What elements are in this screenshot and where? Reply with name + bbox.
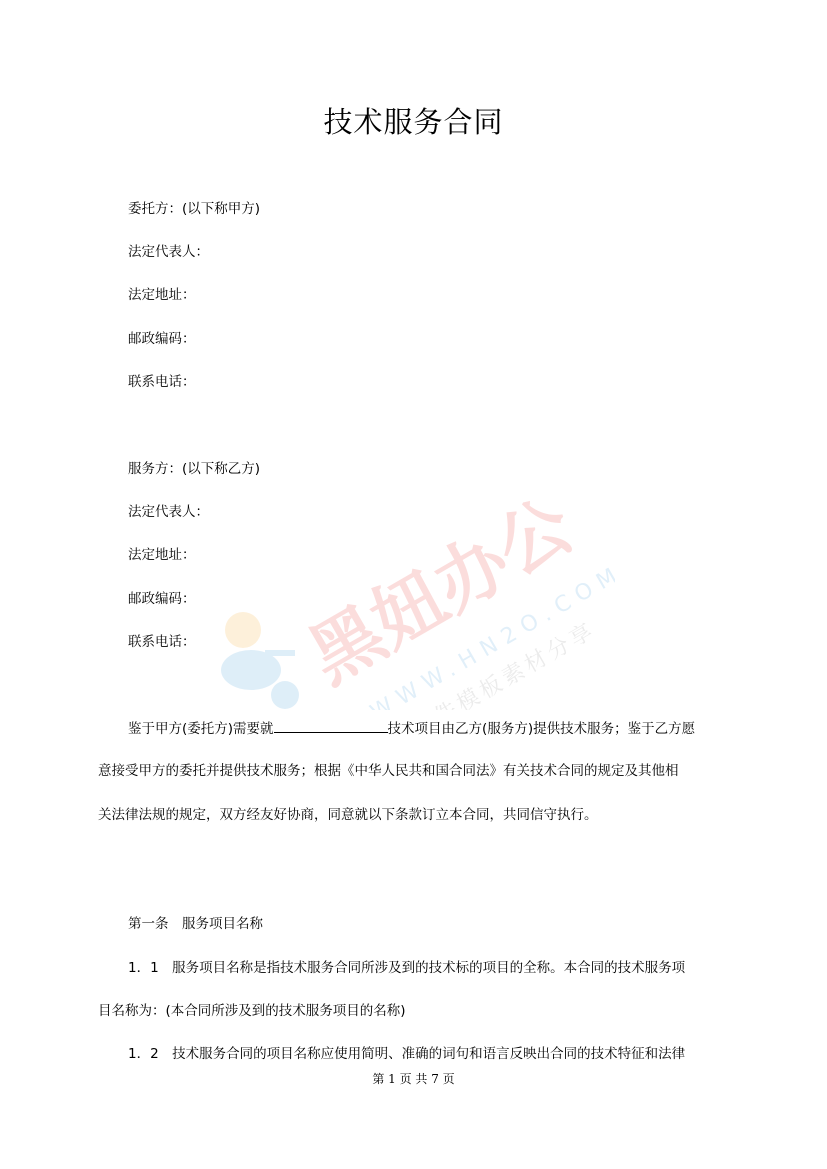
svg-text:黑妞办公: 黑妞办公: [295, 483, 586, 700]
preamble-text-after-blank: 技术项目由乙方(服务方)提供技术服务；鉴于乙方愿: [388, 721, 696, 737]
page-footer: 第 1 页 共 7 页: [0, 1070, 827, 1087]
party-b-heading: 服务方：(以下称乙方): [128, 459, 260, 479]
preamble-line-3: 关法律法规的规定，双方经友好协商，同意就以下条款订立本合同，共同信守执行。: [98, 805, 598, 825]
party-b-postcode: 邮政编码：: [128, 589, 196, 609]
svg-text:办公软件模板素材分享: 办公软件模板素材分享: [363, 618, 601, 710]
article-1-heading: 第一条 服务项目名称: [128, 914, 263, 934]
party-a-legal-rep: 法定代表人：: [128, 242, 209, 262]
clause-1-1-line-1: 1．1 服务项目名称是指技术服务合同所涉及到的技术标的项目的全称。本合同的技术服…: [128, 958, 685, 978]
party-a-address: 法定地址：: [128, 285, 196, 305]
watermark-logo: 黑妞办公 WWW.HN2O.COM 办公软件模板素材分享: [215, 470, 615, 710]
party-b-phone: 联系电话：: [128, 632, 196, 652]
clause-1-2-line-1: 1．2 技术服务合同的项目名称应使用简明、准确的词句和语言反映出合同的技术特征和…: [128, 1044, 685, 1064]
document-page: 技术服务合同 委托方：(以下称甲方) 法定代表人： 法定地址： 邮政编码： 联系…: [0, 0, 827, 1169]
preamble-line-1: 鉴于甲方(委托方)需要就技术项目由乙方(服务方)提供技术服务；鉴于乙方愿: [128, 718, 695, 739]
preamble-text-before-blank: 鉴于甲方(委托方)需要就: [128, 721, 274, 737]
party-a-postcode: 邮政编码：: [128, 329, 196, 349]
project-name-blank[interactable]: [274, 718, 388, 733]
preamble-line-2: 意接受甲方的委托并提供技术服务；根据《中华人民共和国合同法》有关技术合同的规定及…: [98, 761, 679, 781]
svg-text:WWW.HN2O.COM: WWW.HN2O.COM: [366, 560, 615, 710]
party-b-legal-rep: 法定代表人：: [128, 502, 209, 522]
party-b-address: 法定地址：: [128, 545, 196, 565]
party-a-heading: 委托方：(以下称甲方): [128, 199, 260, 219]
clause-1-1-line-2: 目名称为：(本合同所涉及到的技术服务项目的名称): [98, 1001, 406, 1021]
party-a-phone: 联系电话：: [128, 372, 196, 392]
document-title: 技术服务合同: [0, 100, 827, 141]
